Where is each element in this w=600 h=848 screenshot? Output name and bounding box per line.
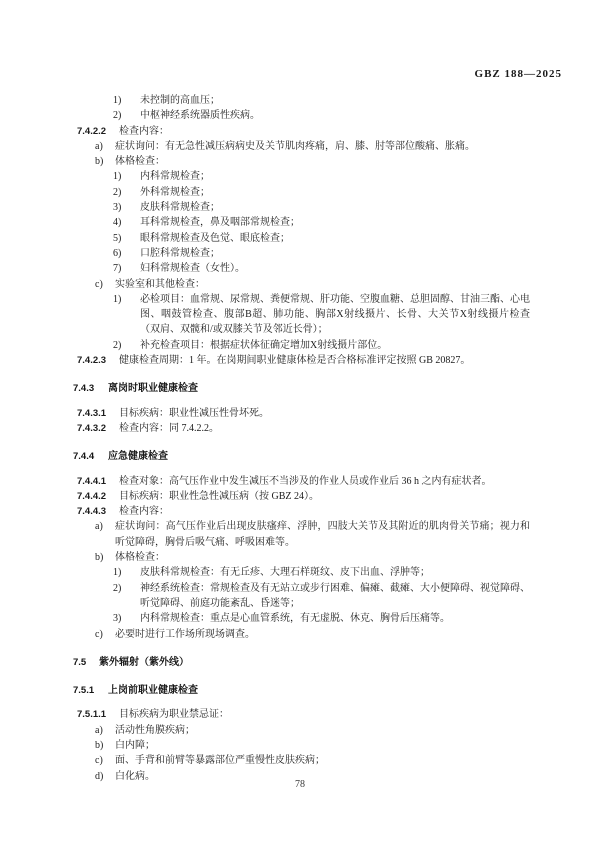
clause-line: 7.4.2.3健康检查周期：1 年。在岗期间职业健康体检是否合格标准评定按照 G… xyxy=(0,353,600,368)
clause-line: 7.4.3.1目标疾病：职业性减压性骨坏死。 xyxy=(0,406,600,421)
item-label: 7) xyxy=(113,261,140,276)
clause-line: 7.4.4.1检查对象：高气压作业中发生减压不当涉及的作业人员或作业后 36 h… xyxy=(0,474,600,489)
item-text: 必要时进行工作场所现场调查。 xyxy=(115,627,530,642)
section-heading: 7.5紫外辐射（紫外线） xyxy=(0,655,600,670)
item-text: 白内障； xyxy=(115,738,530,753)
numbered-item: 1)皮肤科常规检查：有无丘疹、大理石样斑纹、皮下出血、浮肿等； xyxy=(0,565,600,580)
item-label: 2) xyxy=(113,108,140,123)
item-label: 7.4.3.1 xyxy=(77,406,119,421)
clause-line: 7.4.4.2目标疾病：职业性急性减压病（按 GBZ 24）。 xyxy=(0,489,600,504)
clause-line: 7.5.1.1目标疾病为职业禁忌证： xyxy=(0,707,600,722)
letter-item: a)症状询问：有无急性减压病病史及关节肌肉疼痛，肩、膝、肘等部位酸痛、胀痛。 xyxy=(0,139,600,154)
letter-item: c)面、手背和前臂等暴露部位严重慢性皮肤疾病； xyxy=(0,753,600,768)
item-label: 2) xyxy=(113,185,140,200)
item-text: 检查内容： xyxy=(119,504,530,519)
item-text: 应急健康检查 xyxy=(108,449,530,464)
item-text: 未控制的高血压； xyxy=(140,93,530,108)
item-label: c) xyxy=(95,277,115,292)
item-text: 补充检查项目：根据症状体征确定增加X射线摄片部位。 xyxy=(140,338,530,353)
subsection-heading: 7.4.4应急健康检查 xyxy=(0,449,600,464)
item-label: 7.5.1.1 xyxy=(77,707,119,722)
numbered-item: 1)必检项目：血常规、尿常规、粪便常规、肝功能、空腹血糖、总胆固醇、甘油三酯、心… xyxy=(0,292,600,338)
item-text: 活动性角膜疾病； xyxy=(115,723,530,738)
item-text: 检查内容： xyxy=(119,124,530,139)
document-page: GBZ 188—2025 1)未控制的高血压；2)中枢神经系统器质性疾病。7.4… xyxy=(0,0,600,848)
item-text: 口腔科常规检查； xyxy=(140,246,530,261)
numbered-item: 2)补充检查项目：根据症状体征确定增加X射线摄片部位。 xyxy=(0,338,600,353)
clause-line: 7.4.3.2检查内容：同 7.4.2.2。 xyxy=(0,421,600,436)
item-label: a) xyxy=(95,519,115,550)
standard-number-header: GBZ 188—2025 xyxy=(475,68,562,80)
item-label: 1) xyxy=(113,169,140,184)
item-label: b) xyxy=(95,738,115,753)
letter-item: a)活动性角膜疾病； xyxy=(0,723,600,738)
item-text: 健康检查周期：1 年。在岗期间职业健康体检是否合格标准评定按照 GB 20827… xyxy=(119,353,530,368)
numbered-item: 5)眼科常规检查及色觉、眼底检查； xyxy=(0,231,600,246)
item-label: 5) xyxy=(113,231,140,246)
item-text: 症状询问：有无急性减压病病史及关节肌肉疼痛，肩、膝、肘等部位酸痛、胀痛。 xyxy=(115,139,530,154)
item-text: 上岗前职业健康检查 xyxy=(108,683,530,698)
letter-item: c)实验室和其他检查： xyxy=(0,277,600,292)
item-label: c) xyxy=(95,627,115,642)
document-body: 1)未控制的高血压；2)中枢神经系统器质性疾病。7.4.2.2检查内容：a)症状… xyxy=(0,93,600,784)
item-text: 皮肤科常规检查：有无丘疹、大理石样斑纹、皮下出血、浮肿等； xyxy=(140,565,530,580)
item-label: 3) xyxy=(113,611,140,626)
item-label: 7.5.1 xyxy=(73,683,108,698)
item-text: 眼科常规检查及色觉、眼底检查； xyxy=(140,231,530,246)
item-text: 内科常规检查； xyxy=(140,169,530,184)
item-label: 1) xyxy=(113,565,140,580)
item-text: 离岗时职业健康检查 xyxy=(108,381,530,396)
item-label: 7.4.4.2 xyxy=(77,489,119,504)
subsection-heading: 7.4.3离岗时职业健康检查 xyxy=(0,381,600,396)
item-text: 耳科常规检查，鼻及咽部常规检查； xyxy=(140,215,530,230)
item-label: 2) xyxy=(113,581,140,612)
item-text: 面、手背和前臂等暴露部位严重慢性皮肤疾病； xyxy=(115,753,530,768)
item-label: a) xyxy=(95,139,115,154)
numbered-item: 2)外科常规检查； xyxy=(0,185,600,200)
item-label: 3) xyxy=(113,200,140,215)
numbered-item: 7)妇科常规检查（女性）。 xyxy=(0,261,600,276)
subsection-heading: 7.5.1上岗前职业健康检查 xyxy=(0,683,600,698)
numbered-item: 1)未控制的高血压； xyxy=(0,93,600,108)
item-label: a) xyxy=(95,723,115,738)
numbered-item: 2)神经系统检查：常规检查及有无站立或步行困难、偏瘫、截瘫、大小便障碍、视觉障碍… xyxy=(0,581,600,612)
numbered-item: 4)耳科常规检查，鼻及咽部常规检查； xyxy=(0,215,600,230)
item-label: 7.4.2.2 xyxy=(77,124,119,139)
item-label: 4) xyxy=(113,215,140,230)
numbered-item: 2)中枢神经系统器质性疾病。 xyxy=(0,108,600,123)
letter-item: a)症状询问：高气压作业后出现皮肤瘙痒、浮肿，四肢大关节及其附近的肌肉骨关节痛；… xyxy=(0,519,600,550)
letter-item: b)体格检查： xyxy=(0,550,600,565)
item-text: 神经系统检查：常规检查及有无站立或步行困难、偏瘫、截瘫、大小便障碍、视觉障碍、听… xyxy=(140,581,530,612)
item-label: c) xyxy=(95,753,115,768)
item-label: 7.4.4.1 xyxy=(77,474,119,489)
item-text: 内科常规检查：重点是心血管系统，有无虚脱、休克、胸骨后压痛等。 xyxy=(140,611,530,626)
item-text: 实验室和其他检查： xyxy=(115,277,530,292)
item-text: 外科常规检查； xyxy=(140,185,530,200)
item-text: 目标疾病：职业性急性减压病（按 GBZ 24）。 xyxy=(119,489,530,504)
item-label: 7.4.4 xyxy=(73,449,108,464)
item-text: 必检项目：血常规、尿常规、粪便常规、肝功能、空腹血糖、总胆固醇、甘油三酯、心电图… xyxy=(140,292,530,338)
item-text: 目标疾病：职业性减压性骨坏死。 xyxy=(119,406,530,421)
numbered-item: 6)口腔科常规检查； xyxy=(0,246,600,261)
item-label: 7.4.4.3 xyxy=(77,504,119,519)
numbered-item: 1)内科常规检查； xyxy=(0,169,600,184)
clause-line: 7.4.2.2检查内容： xyxy=(0,124,600,139)
item-label: b) xyxy=(95,154,115,169)
letter-item: b)白内障； xyxy=(0,738,600,753)
item-text: 体格检查： xyxy=(115,154,530,169)
item-text: 症状询问：高气压作业后出现皮肤瘙痒、浮肿，四肢大关节及其附近的肌肉骨关节痛；视力… xyxy=(115,519,530,550)
letter-item: c)必要时进行工作场所现场调查。 xyxy=(0,627,600,642)
item-text: 妇科常规检查（女性）。 xyxy=(140,261,530,276)
letter-item: b)体格检查： xyxy=(0,154,600,169)
item-text: 检查内容：同 7.4.2.2。 xyxy=(119,421,530,436)
item-label: 7.4.2.3 xyxy=(77,353,119,368)
page-number: 78 xyxy=(0,779,600,790)
item-text: 检查对象：高气压作业中发生减压不当涉及的作业人员或作业后 36 h 之内有症状者… xyxy=(119,474,530,489)
item-label: 1) xyxy=(113,93,140,108)
item-text: 紫外辐射（紫外线） xyxy=(99,655,530,670)
item-label: 7.5 xyxy=(73,655,99,670)
item-label: 6) xyxy=(113,246,140,261)
item-text: 目标疾病为职业禁忌证： xyxy=(119,707,530,722)
item-text: 皮肤科常规检查； xyxy=(140,200,530,215)
numbered-item: 3)内科常规检查：重点是心血管系统，有无虚脱、休克、胸骨后压痛等。 xyxy=(0,611,600,626)
item-label: b) xyxy=(95,550,115,565)
item-label: 1) xyxy=(113,292,140,338)
item-label: 7.4.3 xyxy=(73,381,108,396)
item-text: 体格检查： xyxy=(115,550,530,565)
item-label: 7.4.3.2 xyxy=(77,421,119,436)
numbered-item: 3)皮肤科常规检查； xyxy=(0,200,600,215)
clause-line: 7.4.4.3检查内容： xyxy=(0,504,600,519)
item-text: 中枢神经系统器质性疾病。 xyxy=(140,108,530,123)
item-label: 2) xyxy=(113,338,140,353)
